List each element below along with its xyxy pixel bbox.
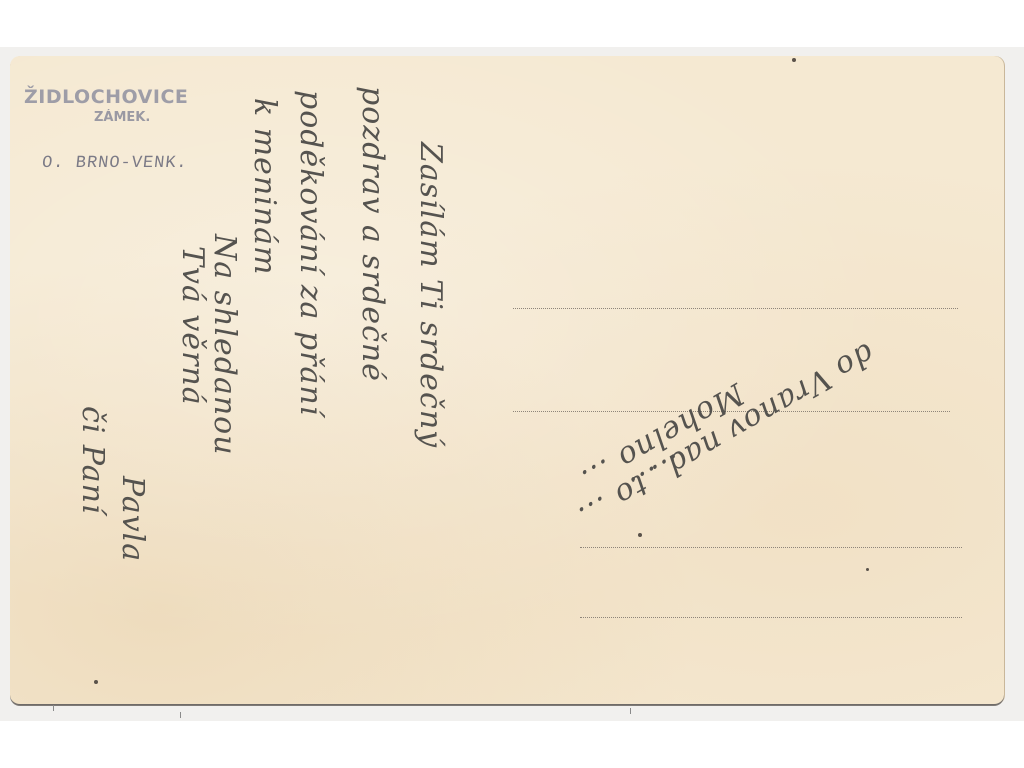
printed-header-subtitle: ZÁMEK. [94, 110, 150, 125]
paper-speck [638, 533, 642, 537]
handwritten-message-line: Tvá věrná [175, 246, 210, 406]
paper-speck [866, 568, 869, 571]
address-line-3 [580, 547, 962, 548]
pencil-annotation: O. BRNO-VENK. [41, 154, 189, 173]
handwritten-message-line: k meninám [247, 98, 282, 276]
printed-header-title: ŽIDLOCHOVICE [24, 86, 188, 108]
scan-mark [630, 708, 631, 714]
handwritten-message-line: či Paní [75, 406, 110, 515]
handwritten-message-line: Pavla [115, 476, 150, 562]
paper-speck [94, 680, 98, 684]
postcard-back: ŽIDLOCHOVICE ZÁMEK. O. BRNO-VENK. Zasílá… [10, 56, 1004, 705]
handwritten-message-line: poděkování za přání [293, 90, 328, 416]
paper-speck [792, 58, 796, 62]
scan-mark [180, 712, 181, 718]
handwritten-message-line: pozdrav a srdečné [355, 86, 390, 382]
scan-mark [53, 705, 54, 711]
handwritten-message-line: Zasílám Ti srdečný [413, 142, 448, 448]
handwritten-message-line: Na shledanou [207, 234, 242, 456]
address-line-4 [580, 617, 962, 618]
address-line-1 [513, 308, 958, 309]
